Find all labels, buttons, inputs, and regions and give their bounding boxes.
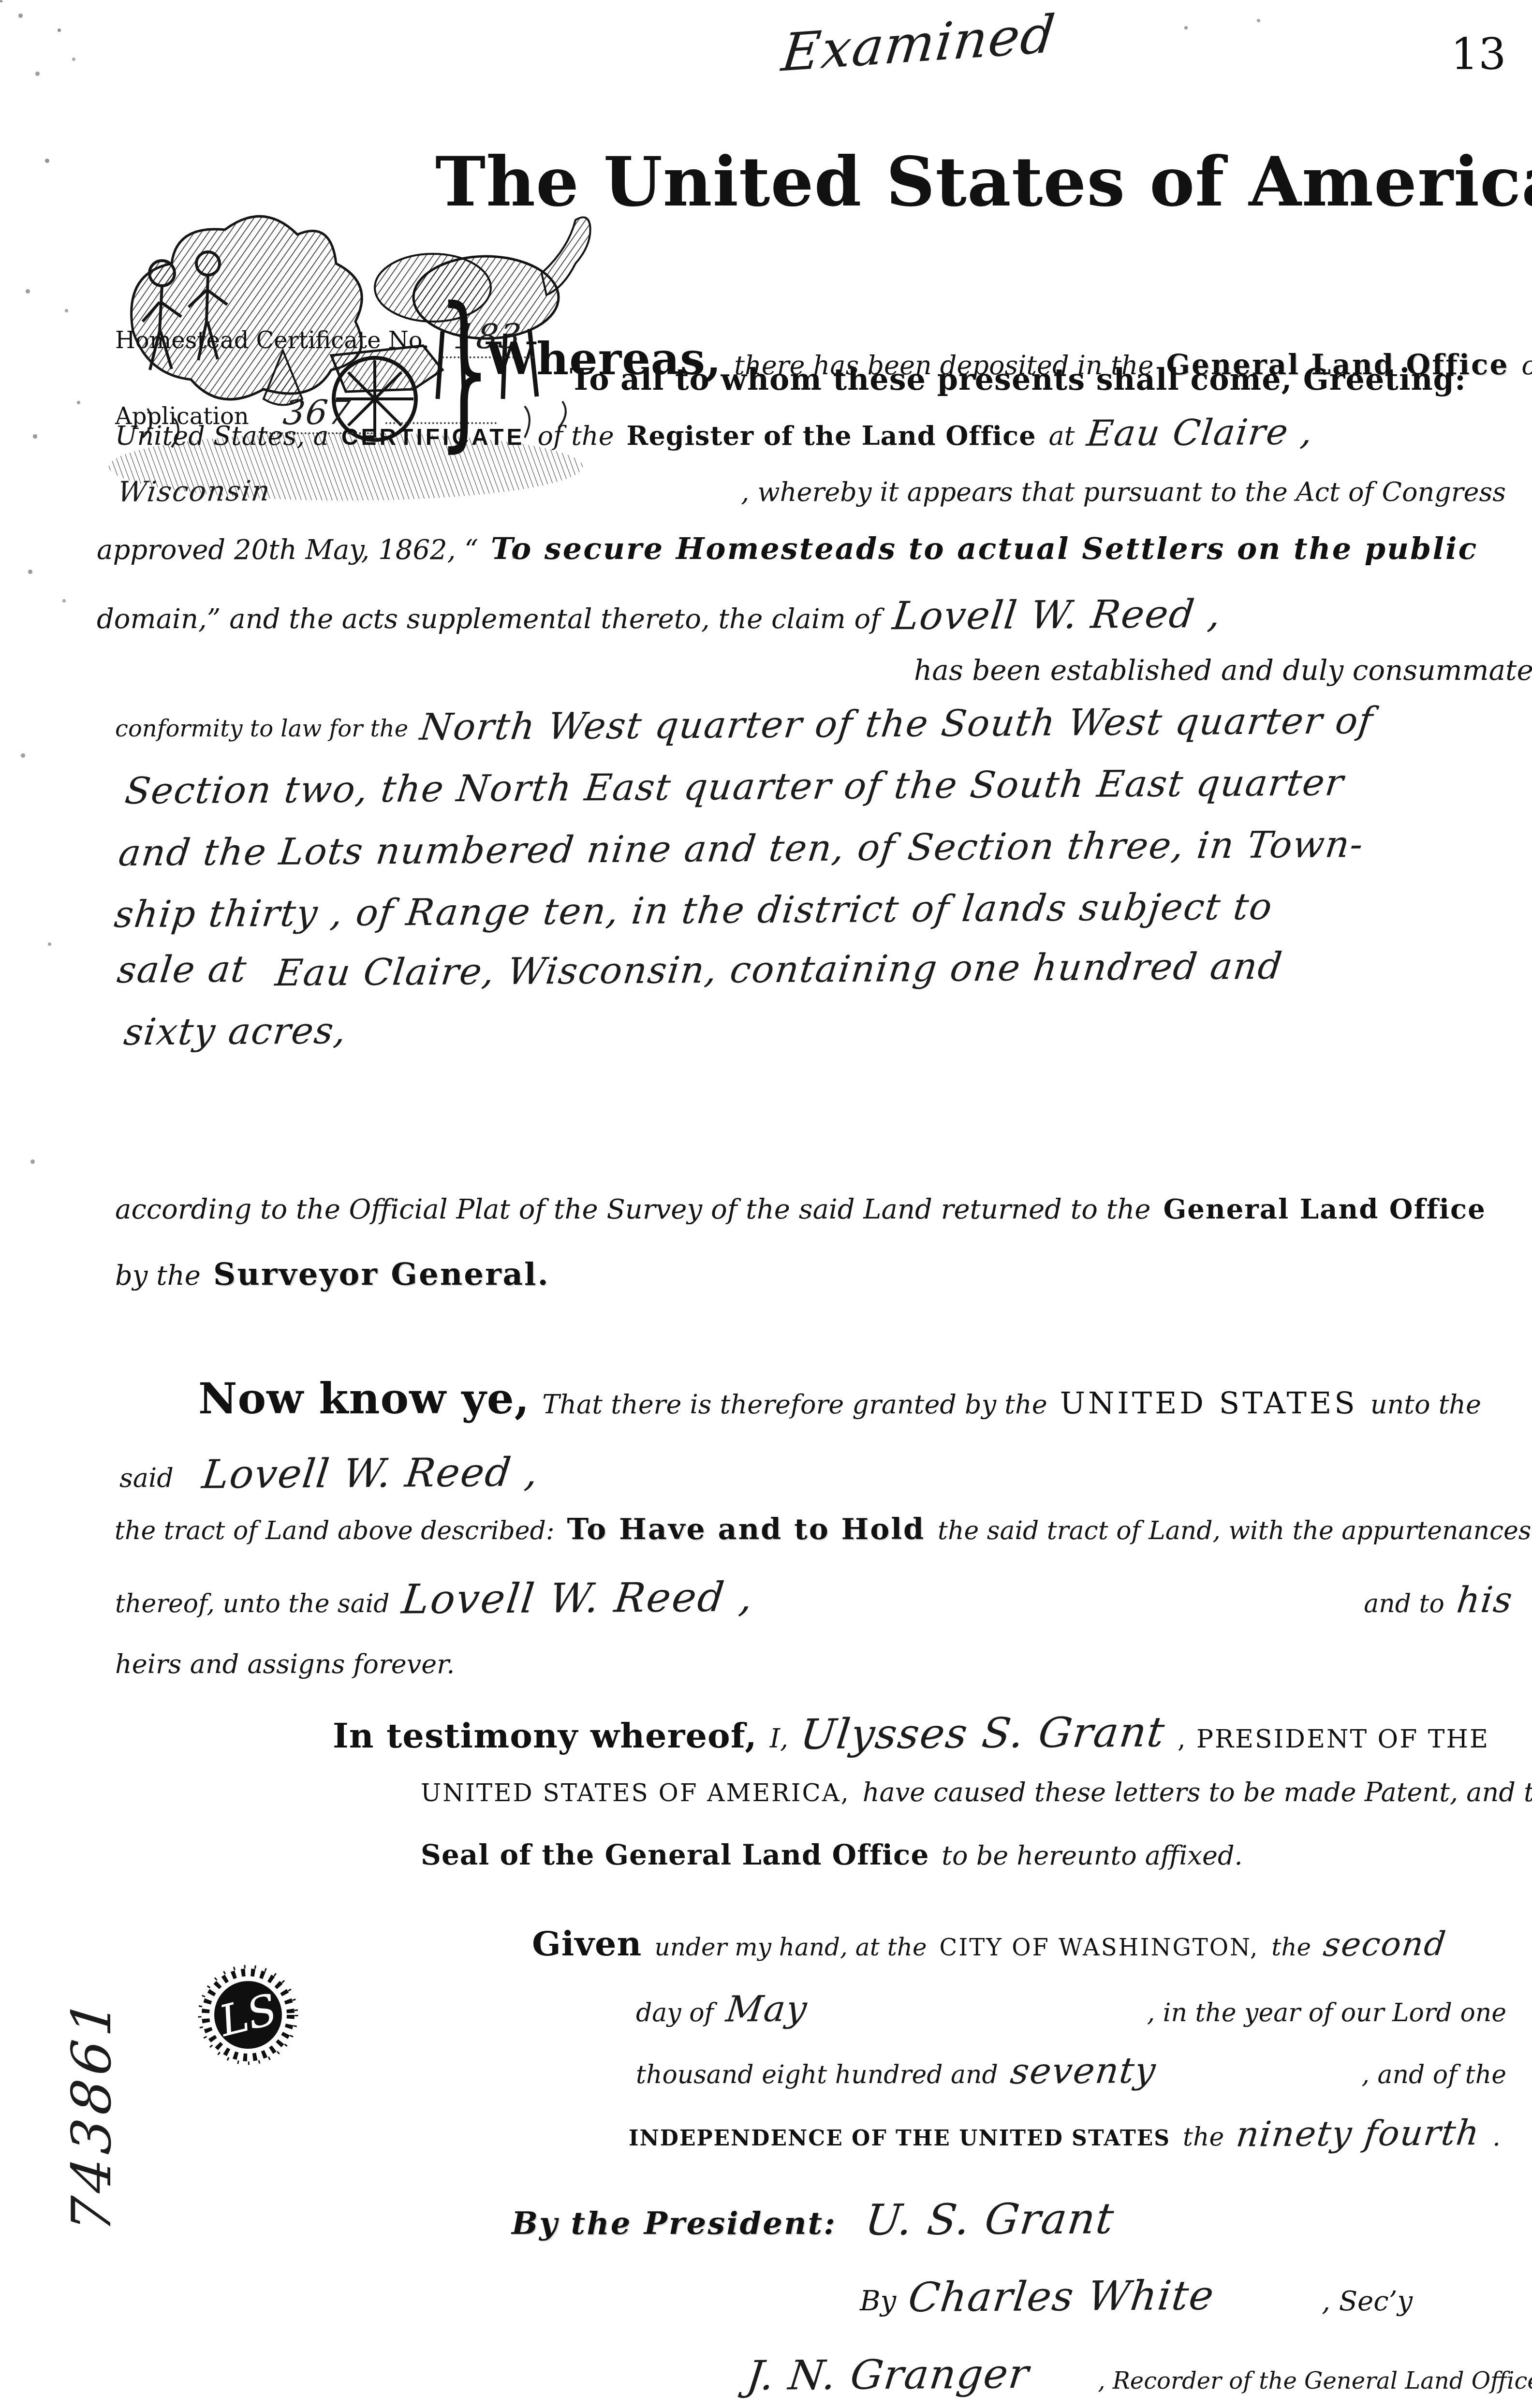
surveyor-general-ornate: Surveyor General. bbox=[213, 1256, 550, 1292]
land-description-line-1: conformity to law for the North West qua… bbox=[115, 702, 1373, 745]
i-word: I, bbox=[770, 1723, 789, 1754]
united-states-a-text: United States, a bbox=[115, 421, 329, 451]
to-have-and-to-hold-ornate: To Have and to Hold bbox=[567, 1512, 925, 1546]
homestead-act-title: To secure Homesteads to actual Settlers … bbox=[491, 531, 1478, 566]
granted-text: That there is therefore granted by the bbox=[542, 1389, 1047, 1420]
recorder-signature-handwriting: J. N. Granger bbox=[744, 2350, 1032, 2399]
grant-line-4: thereof, unto the said Lovell W. Reed , … bbox=[115, 1574, 1513, 1622]
signature-line-president: By the President: U. S. Grant bbox=[512, 2194, 1114, 2244]
city-of-washington-caps: CITY OF WASHINGTON, bbox=[940, 1934, 1259, 1961]
grant-line-2: said Lovell W. Reed , bbox=[119, 1451, 538, 1497]
whereas-line-2: United States, a CERTIFICATE of the Regi… bbox=[115, 412, 1313, 454]
state-handwriting: Wisconsin bbox=[116, 474, 272, 508]
under-hand-text: under my hand, at the bbox=[654, 1933, 927, 1961]
secretary-signature-handwriting: Charles White bbox=[906, 2272, 1217, 2321]
approved-text: approved 20th May, 1862, “ bbox=[97, 534, 478, 566]
grant-line-3: the tract of Land above described: To Ha… bbox=[115, 1512, 1532, 1546]
general-land-office-ornate: General Land Office bbox=[1166, 348, 1509, 381]
whereas-deposited-text: there has been deposited in the bbox=[734, 350, 1153, 381]
of-the-text: of the bbox=[1521, 350, 1532, 381]
by-the-president-label: By the President: bbox=[512, 2205, 837, 2242]
land-description-line-5: sale at Eau Claire, Wisconsin, containin… bbox=[118, 948, 1282, 991]
by-the-text: by the bbox=[115, 1260, 201, 1292]
caused-text: have caused these letters to be made Pat… bbox=[863, 1777, 1532, 1807]
document-title: The United States of America, bbox=[435, 143, 1532, 222]
paper-specks bbox=[0, 0, 2, 2]
land-office-place-handwriting: Eau Claire , bbox=[1085, 411, 1316, 454]
claimant-name-handwriting-1: Lovell W. Reed , bbox=[890, 591, 1224, 639]
of-the-2-text: of the bbox=[538, 421, 614, 451]
claimant-name-handwriting-2: Lovell W. Reed , bbox=[200, 1450, 541, 1498]
domain-text: domain,” and the acts supplemental there… bbox=[97, 603, 881, 635]
sale-at-handwriting: sale at bbox=[115, 947, 250, 991]
recorder-title-text: , Recorder of the General Land Office bbox=[1098, 2367, 1532, 2394]
thereof-text: thereof, unto the said bbox=[115, 1589, 390, 1618]
period-mark: . bbox=[1492, 2123, 1501, 2152]
land-description-handwriting-2: Section two, the North East quarter of t… bbox=[123, 761, 1347, 812]
given-line-2: day of May , in the year of our Lord one bbox=[636, 1988, 1506, 2030]
at-word: at bbox=[1049, 421, 1075, 451]
claimant-name-handwriting-3: Lovell W. Reed , bbox=[399, 1573, 757, 1623]
by-word: By bbox=[860, 2284, 896, 2317]
and-of-the-text: , and of the bbox=[1361, 2060, 1506, 2089]
tract-text: the tract of Land above described: bbox=[115, 1516, 554, 1545]
land-description-handwriting-1: North West quarter of the South West qua… bbox=[418, 699, 1376, 749]
page-number: 13 bbox=[1451, 29, 1506, 80]
appurtenances-text: the said tract of Land, with the appurte… bbox=[938, 1516, 1531, 1545]
plat-line-1: according to the Official Plat of the Su… bbox=[115, 1193, 1486, 1225]
land-description-handwriting-5: Eau Claire, Wisconsin, containing one hu… bbox=[273, 944, 1285, 995]
top-annotation-handwriting: Examined bbox=[779, 4, 1059, 84]
according-text: according to the Official Plat of the Su… bbox=[115, 1194, 1150, 1225]
president-name-handwriting: Ulysses S. Grant bbox=[798, 1708, 1168, 1759]
the-word: the bbox=[1271, 1933, 1311, 1961]
whereas-line-6: has been established and duly consummate… bbox=[914, 654, 1532, 687]
given-word-blackletter: Given bbox=[532, 1923, 642, 1964]
testimony-line-2: UNITED STATES OF AMERICA, have caused th… bbox=[421, 1777, 1532, 1807]
general-land-office-bold: General Land Office bbox=[1163, 1193, 1486, 1225]
pursuant-text: , whereby it appears that pursuant to th… bbox=[741, 477, 1506, 507]
grant-signature-handwriting: U. S. Grant bbox=[863, 2193, 1117, 2245]
day-ordinal-handwriting: second bbox=[1322, 1925, 1449, 1964]
whereas-line-5: domain,” and the acts supplemental there… bbox=[97, 592, 1222, 637]
the-word-2: the bbox=[1183, 2123, 1224, 2152]
given-line-3: thousand eight hundred and seventy , and… bbox=[636, 2050, 1506, 2092]
united-states-caps: UNITED STATES bbox=[1060, 1385, 1358, 1421]
president-title-caps: , PRESIDENT OF THE bbox=[1178, 1725, 1489, 1754]
given-line-1: Given under my hand, at the CITY OF WASH… bbox=[532, 1923, 1446, 1964]
grant-line-1: Now know ye, That there is therefore gra… bbox=[198, 1373, 1481, 1424]
whereas-line-4: approved 20th May, 1862, “ To secure Hom… bbox=[97, 531, 1478, 566]
in-testimony-blackletter: In testimony whereof, bbox=[333, 1716, 757, 1756]
land-description-handwriting-6: sixty acres, bbox=[122, 1009, 350, 1053]
land-patent-document: Examined 13 bbox=[0, 0, 1532, 2408]
certificate-word: CERTIFICATE bbox=[341, 424, 525, 451]
now-know-ye-blackletter: Now know ye, bbox=[198, 1373, 530, 1424]
seal-phrase-blackletter: Seal of the General Land Office bbox=[421, 1838, 929, 1871]
testimony-line-1: In testimony whereof, I, Ulysses S. Gran… bbox=[333, 1709, 1489, 1758]
month-handwriting: May bbox=[724, 1988, 810, 2030]
whereas-word: Whereas, bbox=[486, 333, 722, 385]
year-handwriting: seventy bbox=[1008, 2050, 1159, 2092]
day-of-text: day of bbox=[636, 1998, 714, 2027]
established-text: has been established and duly consummate… bbox=[914, 654, 1532, 687]
whereas-line-1: Whereas, there has been deposited in the… bbox=[486, 333, 1532, 385]
affixed-text: to be hereunto affixed. bbox=[942, 1840, 1242, 1871]
given-line-4: INDEPENDENCE OF THE UNITED STATES the ni… bbox=[629, 2113, 1501, 2154]
conformity-text: conformity to law for the bbox=[115, 715, 408, 742]
and-to-text: and to bbox=[1364, 1589, 1444, 1618]
unto-the-text: unto the bbox=[1370, 1389, 1481, 1420]
signature-line-secretary: By Charles White , Sec’y bbox=[860, 2273, 1413, 2320]
independence-caps: INDEPENDENCE OF THE UNITED STATES bbox=[629, 2126, 1170, 2151]
said-word: said bbox=[119, 1463, 174, 1493]
register-land-office-blackletter: Register of the Land Office bbox=[627, 420, 1036, 451]
land-description-handwriting-3: and the Lots numbered nine and ten, of S… bbox=[117, 822, 1366, 874]
whereas-line-3: Wisconsin , whereby it appears that purs… bbox=[118, 475, 1506, 508]
margin-document-number-handwriting: 743861 bbox=[60, 1993, 123, 2235]
secretary-title-text: , Sec’y bbox=[1322, 2286, 1413, 2317]
usa-caps: UNITED STATES OF AMERICA, bbox=[421, 1779, 850, 1807]
heirs-text: heirs and assigns forever. bbox=[115, 1649, 455, 1679]
thousand-text: thousand eight hundred and bbox=[636, 2060, 998, 2089]
testimony-line-3: Seal of the General Land Office to be he… bbox=[421, 1838, 1243, 1871]
land-description-handwriting-4: ship thirty , of Range ten, in the distr… bbox=[112, 885, 1275, 936]
year-phrase-text: , in the year of our Lord one bbox=[1147, 1998, 1506, 2027]
independence-year-handwriting: ninety fourth bbox=[1234, 2112, 1482, 2155]
plat-line-2: by the Surveyor General. bbox=[115, 1256, 550, 1292]
signature-line-recorder: J. N. Granger , Recorder of the General … bbox=[747, 2351, 1532, 2398]
glo-seal-icon: LS bbox=[197, 1964, 299, 2068]
his-handwriting: his bbox=[1455, 1579, 1515, 1621]
homestead-certificate-label: Homestead Certificate No. bbox=[115, 327, 429, 354]
